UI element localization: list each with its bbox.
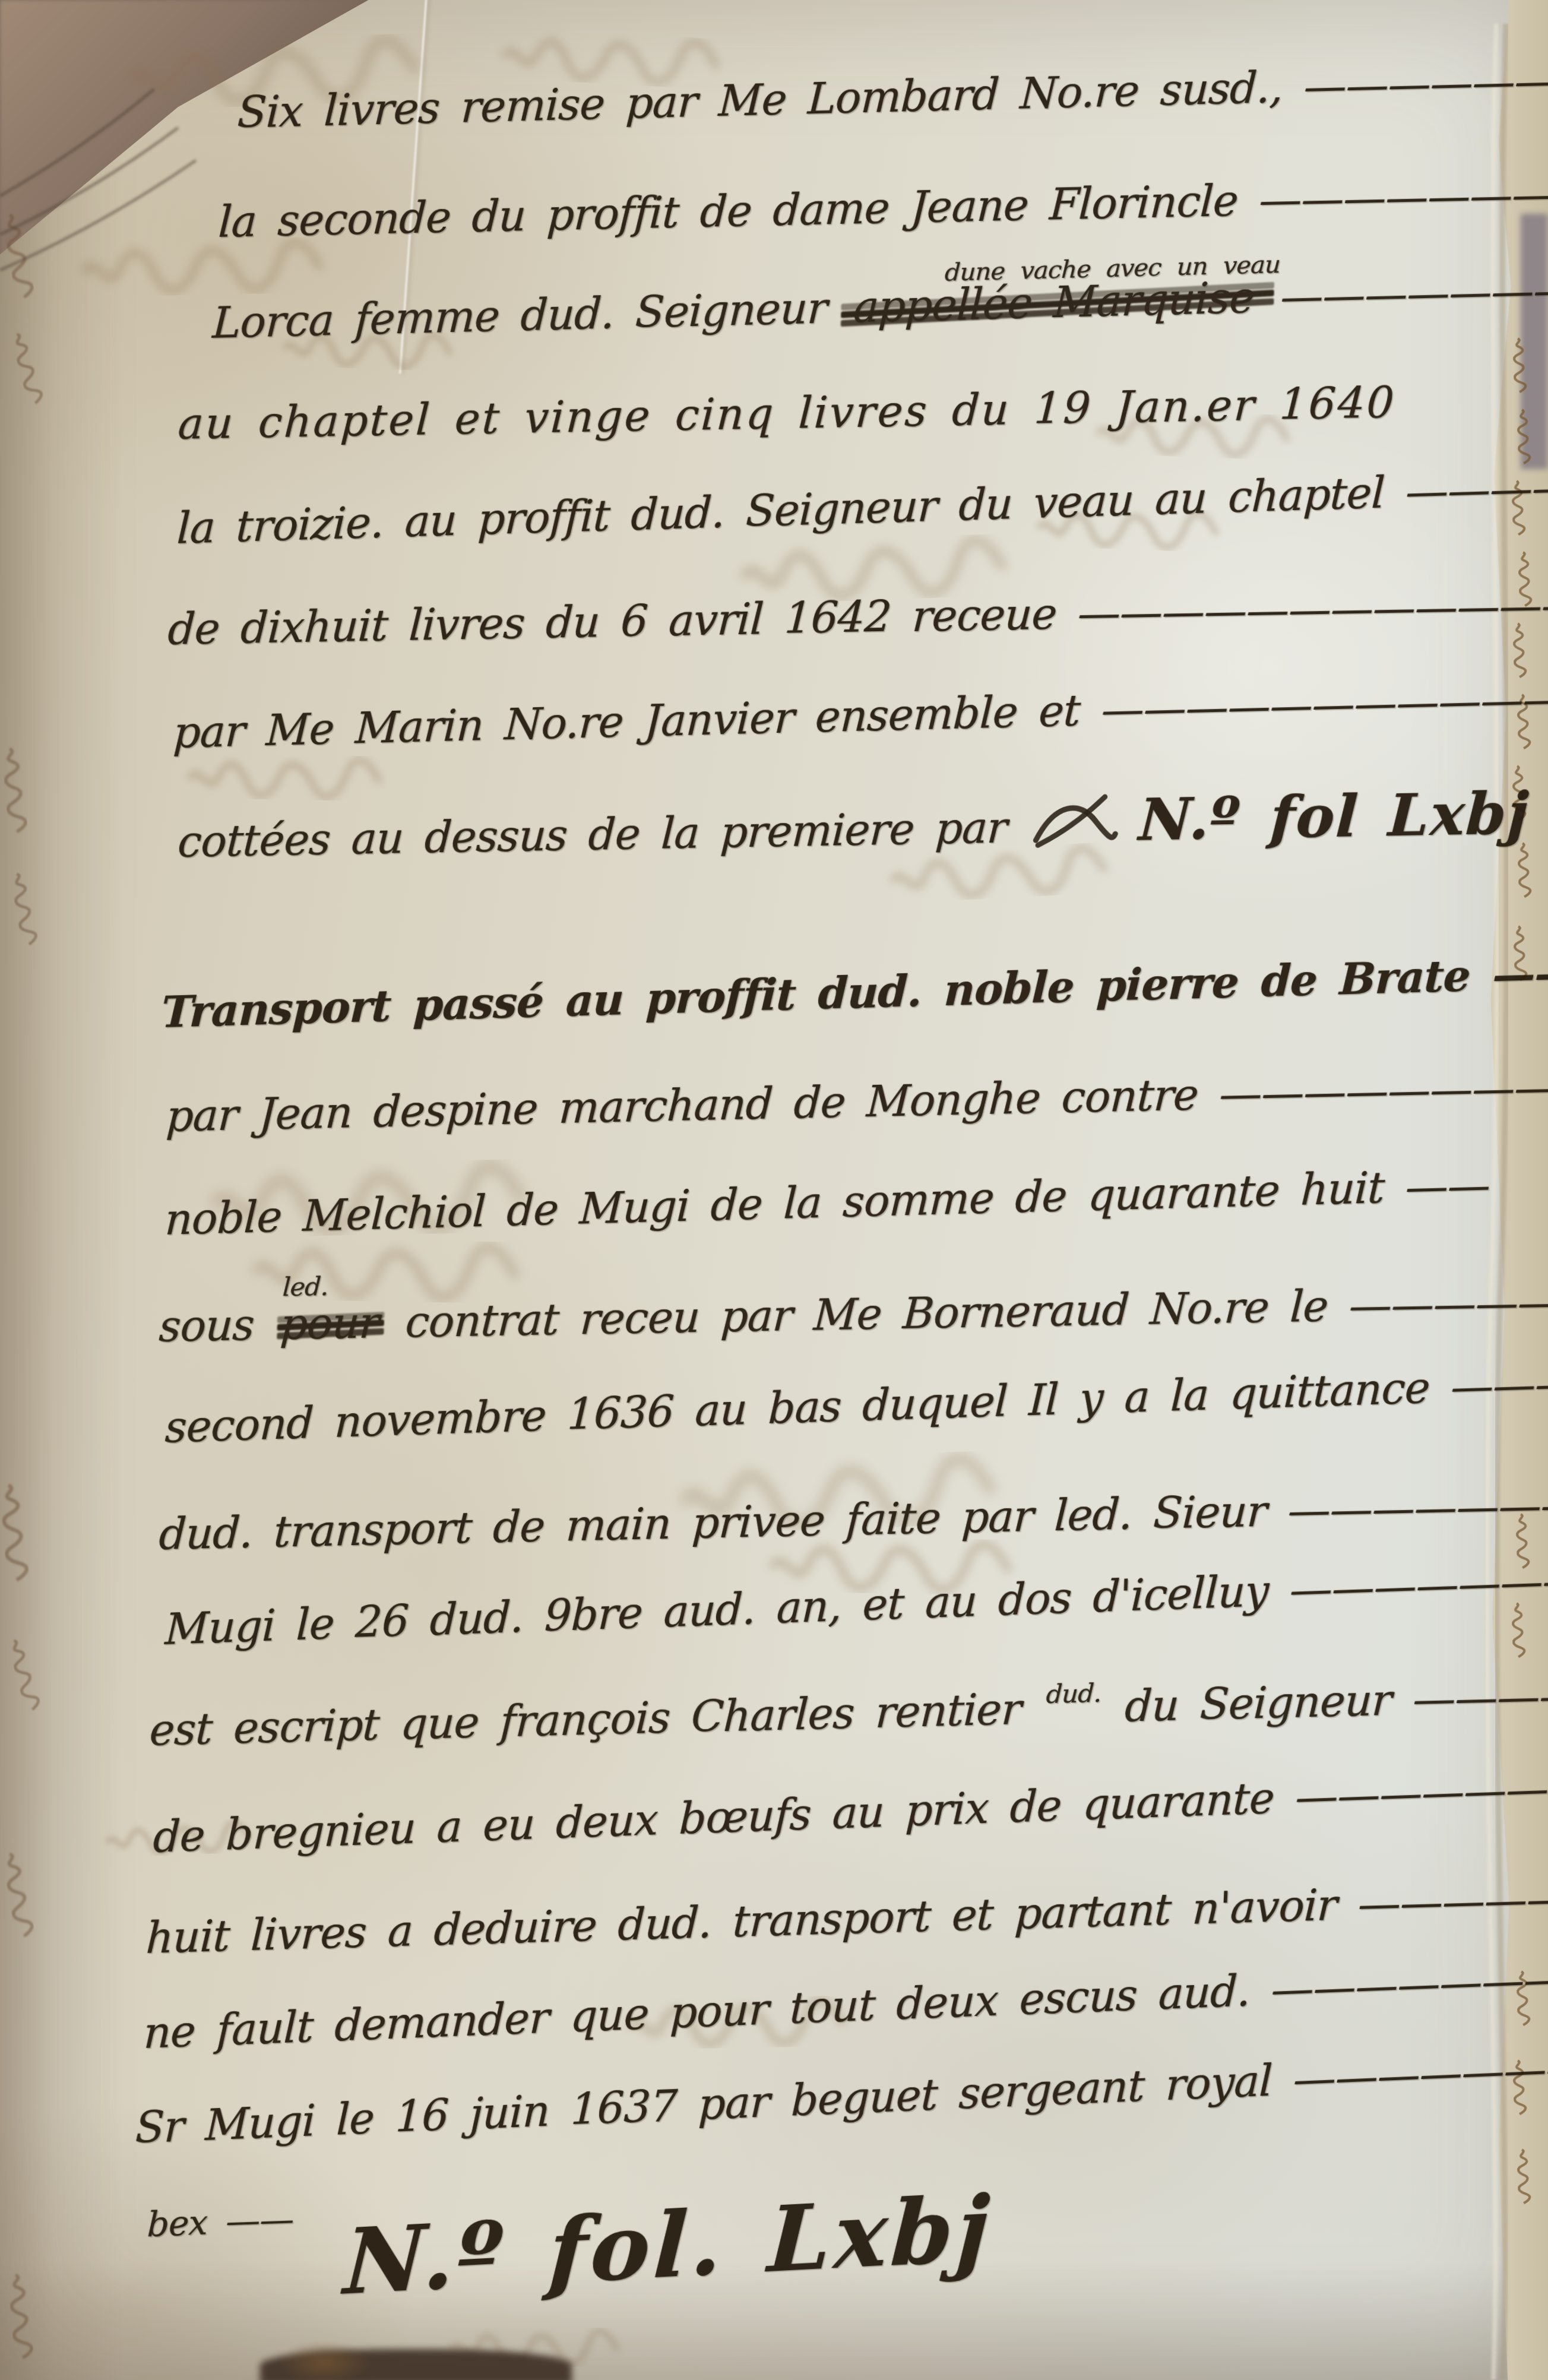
correction-group: led.pour — [274, 1297, 385, 1349]
manuscript-line-5: la troizie. au proffit dud. Seigneur du … — [176, 458, 1548, 553]
manuscript-line-7: par Me Marin No.re Janvier ensemble et —… — [172, 673, 1548, 758]
struck-out-word: pour — [279, 1297, 381, 1349]
manuscript-text: Six livres remise par Me Lombard No.re s… — [0, 0, 1548, 2380]
line-16-rest: du Seigneur ———————— — [1103, 1666, 1548, 1732]
manuscript-line-18: huit livres a deduire dud. transport et … — [145, 1871, 1548, 1963]
line-12-text: sous — [158, 1300, 277, 1352]
manuscript-photo: Six livres remise par Me Lombard No.re s… — [0, 0, 1548, 2380]
interlinear-insertion: led. — [282, 1272, 329, 1302]
line-8-text: cottées au dessus de la premiere par — [176, 802, 1029, 867]
manuscript-line-16: est escript que françois Charles rentier… — [148, 1666, 1548, 1755]
manuscript-line-15: Mugi le 26 dud. 9bre aud. an, et au dos … — [164, 1552, 1548, 1654]
manuscript-line-8: cottées au dessus de la premiere par N.º… — [176, 779, 1531, 871]
manuscript-line-11: noble Melchiol de Mugi de la somme de qu… — [164, 1160, 1491, 1245]
line-12-rest: contrat receu par Me Borneraud No.re le … — [383, 1274, 1548, 1348]
manuscript-line-17: de bregnieu a eu deux bœufs au prix de q… — [153, 1758, 1548, 1862]
manuscript-line-4: au chaptel et vinge cinq livres du 19 Ja… — [177, 378, 1397, 449]
line-16-text: est escript que françois Charles rentier — [148, 1683, 1043, 1755]
manuscript-line-2: la seconde du proffit de dame Jeane Flor… — [217, 166, 1548, 247]
manuscript-line-6: de dixhuit livres du 6 avril 1642 receue… — [167, 580, 1548, 654]
manuscript-line-3: Lorca femme dud. Seigneur appellée Marqu… — [211, 264, 1548, 348]
folio-reference: N.º fol Lxbj — [1137, 779, 1531, 854]
interlinear-insertion: dud. — [1046, 1679, 1102, 1710]
manuscript-line-14: dud. transport de main privee faite par … — [158, 1478, 1548, 1559]
manuscript-line-10: par Jean despine marchand de Monghe cont… — [165, 1061, 1548, 1141]
manuscript-line-9: Transport passé au proffit dud. noble pi… — [160, 940, 1548, 1037]
line-3-dash: ———————— — [1258, 264, 1548, 322]
manuscript-line-20: Sr Mugi le 16 juin 1637 par beguet serge… — [135, 2037, 1548, 2153]
manuscript-line-12: sous led.pour contrat receu par Me Borne… — [158, 1274, 1548, 1352]
line-3-text: Lorca femme dud. Seigneur — [211, 283, 850, 348]
manuscript-line-19: ne fault demander que pour tout deux esc… — [143, 1949, 1548, 2058]
paraph-flourish — [1030, 792, 1122, 853]
manuscript-line-13: second novembre 1636 au bas duquel Il y … — [164, 1353, 1548, 1452]
manuscript-line-1: Six livres remise par Me Lombard No.re s… — [236, 52, 1548, 138]
manuscript-line-21: bex —— — [147, 2199, 295, 2245]
folio-reference-bottom: N.º fol. Lxbj — [341, 2176, 995, 2315]
